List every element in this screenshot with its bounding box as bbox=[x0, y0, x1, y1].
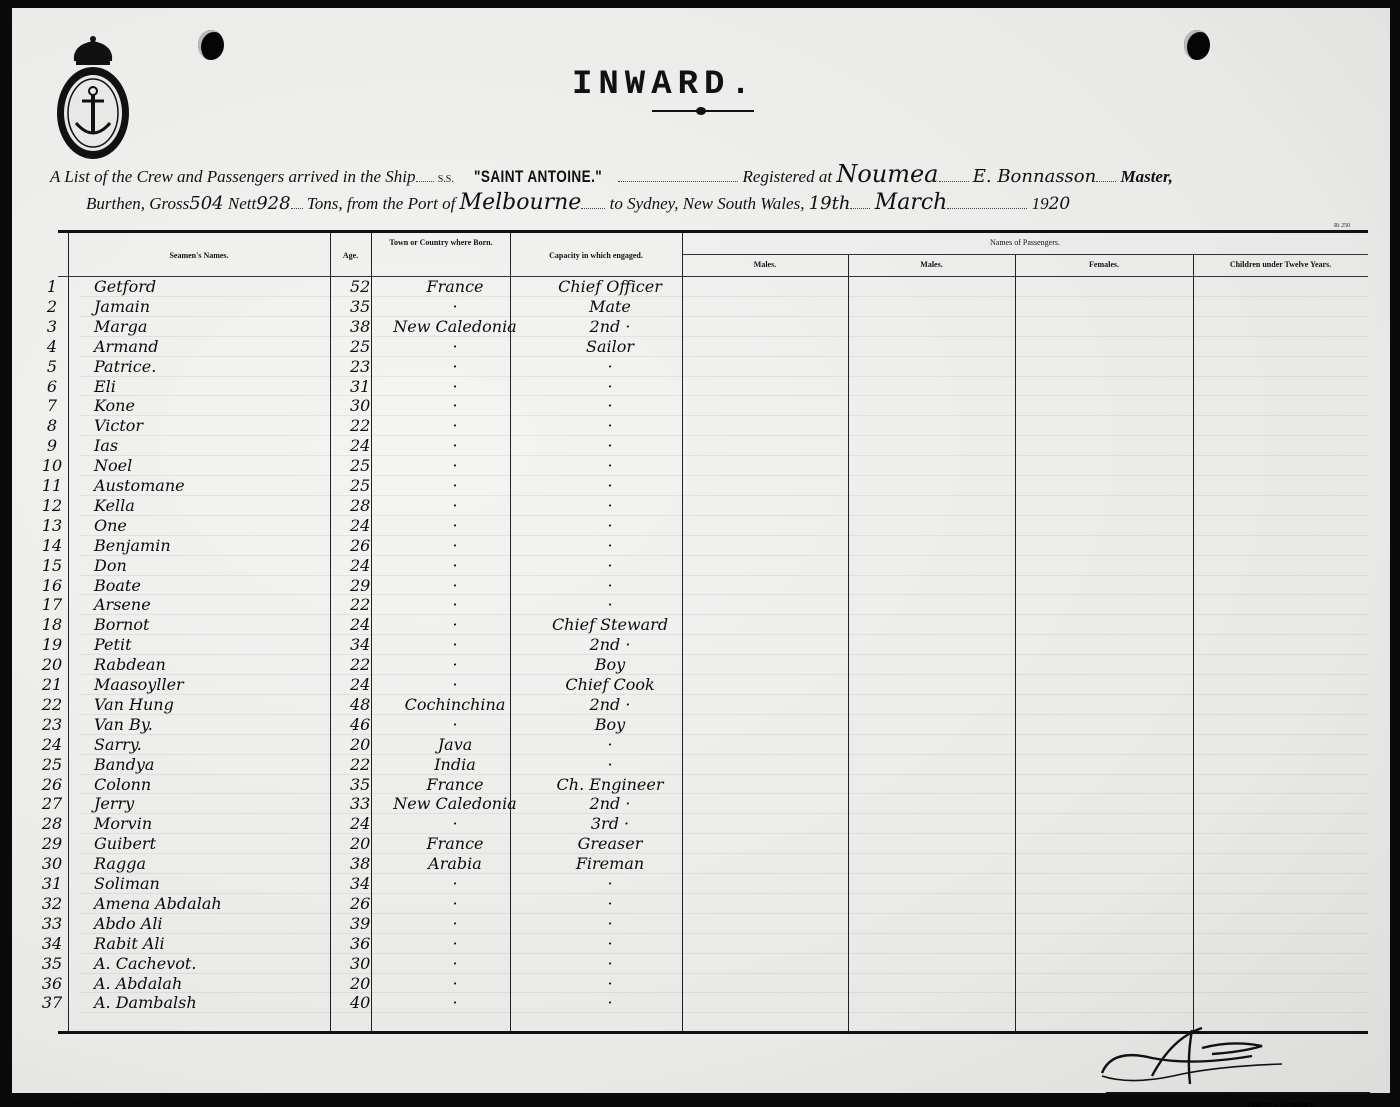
registered-label: Registered at bbox=[743, 167, 833, 186]
row-rule bbox=[80, 873, 1368, 874]
crew-born: Arabia bbox=[390, 855, 520, 873]
col-header-males-2: Males. bbox=[848, 260, 1015, 269]
ship-name: "SAINT ANTOINE." bbox=[474, 167, 602, 187]
crew-age: 25 bbox=[350, 338, 370, 356]
row-rule bbox=[80, 376, 1368, 377]
crew-name: Don bbox=[94, 557, 127, 575]
crew-capacity: · bbox=[530, 537, 690, 555]
crew-name: Bornot bbox=[94, 616, 149, 634]
crew-capacity: · bbox=[530, 497, 690, 515]
punch-hole bbox=[1184, 30, 1210, 60]
crew-name: A. Cachevot. bbox=[94, 955, 196, 973]
crew-name: Marga bbox=[94, 318, 147, 336]
col-header-names: Seamen's Names. bbox=[68, 251, 330, 260]
crew-age: 30 bbox=[350, 397, 370, 415]
row-rule bbox=[80, 913, 1368, 914]
crew-capacity: · bbox=[530, 895, 690, 913]
crew-num: 35 bbox=[32, 955, 72, 973]
crew-num: 22 bbox=[32, 696, 72, 714]
crew-name: Jerry bbox=[94, 795, 134, 813]
crew-num: 2 bbox=[32, 298, 72, 316]
crew-age: 34 bbox=[350, 875, 370, 893]
crew-name: Benjamin bbox=[94, 537, 171, 555]
page-number: 587 bbox=[74, 1100, 85, 1107]
crew-age: 34 bbox=[350, 636, 370, 654]
crew-name: A. Dambalsh bbox=[94, 994, 197, 1012]
crew-num: 4 bbox=[32, 338, 72, 356]
crew-born: · bbox=[390, 616, 520, 634]
crew-num: 34 bbox=[32, 935, 72, 953]
crew-age: 22 bbox=[350, 417, 370, 435]
crew-capacity: Boy bbox=[530, 656, 690, 674]
crew-born: · bbox=[390, 298, 520, 316]
crew-born: · bbox=[390, 477, 520, 495]
crew-num: 37 bbox=[32, 994, 72, 1012]
crew-capacity: · bbox=[530, 915, 690, 933]
crew-num: 32 bbox=[32, 895, 72, 913]
col-header-children: Children under Twelve Years. bbox=[1193, 260, 1368, 269]
crew-capacity: · bbox=[530, 577, 690, 595]
crew-name: Kella bbox=[94, 497, 135, 515]
crew-name: A. Abdalah bbox=[94, 975, 182, 993]
signature-label: Master's Signature. bbox=[1248, 1100, 1315, 1107]
crew-capacity: Sailor bbox=[530, 338, 690, 356]
crew-name: Eli bbox=[94, 378, 116, 396]
crew-capacity: Ch. Engineer bbox=[530, 776, 690, 794]
header-line-1: A List of the Crew and Passengers arrive… bbox=[50, 160, 1173, 188]
crew-capacity: 2nd · bbox=[530, 795, 690, 813]
document-page: INWARD. A List of the Crew and Passenger… bbox=[12, 8, 1390, 1093]
crew-capacity: · bbox=[530, 397, 690, 415]
crew-num: 26 bbox=[32, 776, 72, 794]
crew-born: New Caledonia bbox=[390, 795, 520, 813]
document-title: INWARD. bbox=[572, 66, 757, 104]
crew-capacity: Fireman bbox=[530, 855, 690, 873]
title-ornament bbox=[652, 110, 754, 112]
row-rule bbox=[80, 654, 1368, 655]
row-rule bbox=[80, 455, 1368, 456]
crew-num: 18 bbox=[32, 616, 72, 634]
crew-age: 33 bbox=[350, 795, 370, 813]
crew-list-label: A List of the Crew and Passengers arrive… bbox=[50, 167, 416, 186]
crew-born: Java bbox=[390, 736, 520, 754]
row-rule bbox=[80, 793, 1368, 794]
crew-born: · bbox=[390, 358, 520, 376]
header-rule bbox=[58, 276, 1368, 277]
crew-capacity: Mate bbox=[530, 298, 690, 316]
crew-born: · bbox=[390, 975, 520, 993]
nett-label: Nett bbox=[228, 194, 256, 213]
crew-born: · bbox=[390, 557, 520, 575]
crew-age: 39 bbox=[350, 915, 370, 933]
crew-name: Arsene bbox=[94, 596, 151, 614]
crew-age: 28 bbox=[350, 497, 370, 515]
crew-born: · bbox=[390, 457, 520, 475]
crew-born: New Caledonia bbox=[390, 318, 520, 336]
col-header-age: Age. bbox=[330, 251, 371, 260]
crew-num: 27 bbox=[32, 795, 72, 813]
crew-name: One bbox=[94, 517, 127, 535]
passenger-subheader-rule bbox=[682, 254, 1368, 255]
crew-name: Rabdean bbox=[94, 656, 166, 674]
row-rule bbox=[80, 734, 1368, 735]
crew-num: 24 bbox=[32, 736, 72, 754]
crew-name: Soliman bbox=[94, 875, 160, 893]
col-header-females: Females. bbox=[1015, 260, 1193, 269]
crew-num: 31 bbox=[32, 875, 72, 893]
crew-name: Getford bbox=[94, 278, 156, 296]
crew-born: · bbox=[390, 338, 520, 356]
crew-name: Petit bbox=[94, 636, 132, 654]
crew-name: Van Hung bbox=[94, 696, 174, 714]
crew-name: Jamain bbox=[94, 298, 150, 316]
crew-capacity: · bbox=[530, 358, 690, 376]
crew-name: Noel bbox=[94, 457, 132, 475]
crew-age: 24 bbox=[350, 517, 370, 535]
crew-capacity: · bbox=[530, 596, 690, 614]
crew-age: 23 bbox=[350, 358, 370, 376]
crew-capacity: Chief Steward bbox=[530, 616, 690, 634]
crew-born: · bbox=[390, 716, 520, 734]
crew-age: 26 bbox=[350, 895, 370, 913]
crew-born: France bbox=[390, 278, 520, 296]
crew-name: Kone bbox=[94, 397, 135, 415]
column-divider bbox=[848, 255, 849, 1031]
crew-capacity: · bbox=[530, 557, 690, 575]
crew-name: Amena Abdalah bbox=[94, 895, 222, 913]
crew-name: Boate bbox=[94, 577, 141, 595]
row-rule bbox=[80, 992, 1368, 993]
col-header-capacity: Capacity in which engaged. bbox=[510, 251, 682, 260]
tons-from-label: Tons, from the Port of bbox=[307, 194, 455, 213]
crew-capacity: 2nd · bbox=[530, 636, 690, 654]
crew-age: 31 bbox=[350, 378, 370, 396]
crew-born: · bbox=[390, 537, 520, 555]
crew-born: · bbox=[390, 935, 520, 953]
row-rule bbox=[80, 973, 1368, 974]
crew-capacity: · bbox=[530, 378, 690, 396]
crew-num: 36 bbox=[32, 975, 72, 993]
gross-tons: 504 bbox=[189, 193, 223, 214]
year-prefix: 19 bbox=[1032, 194, 1049, 213]
crew-born: India bbox=[390, 756, 520, 774]
crew-born: Cochinchina bbox=[390, 696, 520, 714]
crew-num: 19 bbox=[32, 636, 72, 654]
crew-num: 15 bbox=[32, 557, 72, 575]
crew-name: Victor bbox=[94, 417, 143, 435]
row-rule bbox=[80, 1012, 1368, 1013]
row-rule bbox=[80, 634, 1368, 635]
crew-age: 29 bbox=[350, 577, 370, 595]
row-rule bbox=[80, 495, 1368, 496]
crew-born: · bbox=[390, 417, 520, 435]
crew-capacity: 2nd · bbox=[530, 696, 690, 714]
crew-capacity: Greaser bbox=[530, 835, 690, 853]
crew-name: Bandya bbox=[94, 756, 154, 774]
crew-born: · bbox=[390, 895, 520, 913]
crew-name: Guibert bbox=[94, 835, 156, 853]
row-rule bbox=[80, 415, 1368, 416]
crew-age: 38 bbox=[350, 855, 370, 873]
crew-age: 24 bbox=[350, 676, 370, 694]
crew-capacity: Chief Cook bbox=[530, 676, 690, 694]
crew-age: 24 bbox=[350, 557, 370, 575]
crew-age: 22 bbox=[350, 656, 370, 674]
crew-name: Morvin bbox=[94, 815, 152, 833]
row-rule bbox=[80, 614, 1368, 615]
year-suffix: 20 bbox=[1049, 194, 1071, 214]
crew-capacity: · bbox=[530, 457, 690, 475]
crew-num: 11 bbox=[32, 477, 72, 495]
crew-capacity: Chief Officer bbox=[530, 278, 690, 296]
col-header-males-1: Males. bbox=[682, 260, 848, 269]
crew-num: 1 bbox=[32, 278, 72, 296]
crew-num: 33 bbox=[32, 915, 72, 933]
arrival-day: 19th bbox=[809, 193, 851, 214]
crew-capacity: Boy bbox=[530, 716, 690, 734]
crew-name: Armand bbox=[94, 338, 158, 356]
crew-age: 46 bbox=[350, 716, 370, 734]
crew-born: · bbox=[390, 994, 520, 1012]
column-divider bbox=[1193, 255, 1194, 1031]
crew-capacity: · bbox=[530, 994, 690, 1012]
row-rule bbox=[80, 774, 1368, 775]
row-rule bbox=[80, 933, 1368, 934]
column-divider bbox=[371, 233, 372, 1031]
row-rule bbox=[80, 336, 1368, 337]
crew-born: France bbox=[390, 776, 520, 794]
crew-age: 48 bbox=[350, 696, 370, 714]
punch-hole bbox=[198, 30, 224, 60]
crew-age: 24 bbox=[350, 616, 370, 634]
crew-capacity: · bbox=[530, 736, 690, 754]
row-rule bbox=[80, 435, 1368, 436]
row-rule bbox=[80, 515, 1368, 516]
crew-age: 24 bbox=[350, 815, 370, 833]
crew-name: Maasoyller bbox=[94, 676, 184, 694]
crew-capacity: · bbox=[530, 417, 690, 435]
crew-born: · bbox=[390, 596, 520, 614]
crew-born: · bbox=[390, 676, 520, 694]
crew-born: · bbox=[390, 378, 520, 396]
crew-num: 28 bbox=[32, 815, 72, 833]
crew-born: · bbox=[390, 955, 520, 973]
signature-line bbox=[1106, 1092, 1370, 1094]
crew-age: 20 bbox=[350, 975, 370, 993]
crew-age: 20 bbox=[350, 736, 370, 754]
crew-num: 29 bbox=[32, 835, 72, 853]
crew-name: Ragga bbox=[94, 855, 146, 873]
crew-num: 13 bbox=[32, 517, 72, 535]
crew-age: 38 bbox=[350, 318, 370, 336]
crew-num: 7 bbox=[32, 397, 72, 415]
crew-age: 35 bbox=[350, 776, 370, 794]
crew-age: 35 bbox=[350, 298, 370, 316]
row-rule bbox=[80, 296, 1368, 297]
crew-capacity: · bbox=[530, 756, 690, 774]
arrival-month: March bbox=[875, 190, 948, 215]
row-rule bbox=[80, 893, 1368, 894]
crew-num: 9 bbox=[32, 437, 72, 455]
crew-name: Rabit Ali bbox=[94, 935, 165, 953]
crew-born: · bbox=[390, 517, 520, 535]
crew-born: France bbox=[390, 835, 520, 853]
row-rule bbox=[80, 953, 1368, 954]
row-rule bbox=[80, 714, 1368, 715]
row-rule bbox=[80, 575, 1368, 576]
row-rule bbox=[80, 833, 1368, 834]
header-rule bbox=[58, 230, 1368, 233]
crew-num: 20 bbox=[32, 656, 72, 674]
row-rule bbox=[80, 754, 1368, 755]
row-rule bbox=[80, 555, 1368, 556]
row-rule bbox=[80, 694, 1368, 695]
crew-capacity: · bbox=[530, 517, 690, 535]
crew-name: Van By. bbox=[94, 716, 153, 734]
row-rule bbox=[80, 316, 1368, 317]
master-signature bbox=[1092, 1018, 1292, 1088]
crew-capacity: · bbox=[530, 477, 690, 495]
crew-born: · bbox=[390, 577, 520, 595]
crew-num: 25 bbox=[32, 756, 72, 774]
crew-born: · bbox=[390, 636, 520, 654]
from-port: Melbourne bbox=[460, 190, 582, 215]
nett-tons: 928 bbox=[256, 193, 290, 214]
row-rule bbox=[80, 395, 1368, 396]
crew-age: 26 bbox=[350, 537, 370, 555]
crew-born: · bbox=[390, 397, 520, 415]
crew-age: 25 bbox=[350, 457, 370, 475]
crew-age: 40 bbox=[350, 994, 370, 1012]
crew-born: · bbox=[390, 497, 520, 515]
header-line-2: Burthen, Gross504 Nett928 Tons, from the… bbox=[86, 190, 1070, 215]
row-rule bbox=[80, 674, 1368, 675]
ship-prefix: S.S. bbox=[438, 174, 454, 185]
registered-port: Noumea bbox=[836, 160, 938, 188]
row-rule bbox=[80, 475, 1368, 476]
crew-num: 8 bbox=[32, 417, 72, 435]
crew-name: Colonn bbox=[94, 776, 151, 794]
crew-num: 5 bbox=[32, 358, 72, 376]
crew-num: 10 bbox=[32, 457, 72, 475]
crew-capacity: · bbox=[530, 875, 690, 893]
crew-capacity: · bbox=[530, 955, 690, 973]
crew-age: 36 bbox=[350, 935, 370, 953]
master-label: Master, bbox=[1120, 167, 1172, 186]
crew-capacity: 2nd · bbox=[530, 318, 690, 336]
crew-capacity: · bbox=[530, 935, 690, 953]
crew-born: · bbox=[390, 915, 520, 933]
crew-name: Ias bbox=[94, 437, 118, 455]
crew-age: 22 bbox=[350, 596, 370, 614]
row-rule bbox=[80, 594, 1368, 595]
crew-num: 3 bbox=[32, 318, 72, 336]
master-name: E. Bonnasson bbox=[973, 166, 1096, 187]
crew-num: 12 bbox=[32, 497, 72, 515]
column-divider bbox=[1015, 255, 1016, 1031]
burthen-label: Burthen, Gross bbox=[86, 194, 189, 213]
crew-name: Abdo Ali bbox=[94, 915, 163, 933]
crew-born: · bbox=[390, 437, 520, 455]
crew-name: Austomane bbox=[94, 477, 185, 495]
crew-born: · bbox=[390, 875, 520, 893]
row-rule bbox=[80, 535, 1368, 536]
crew-age: 20 bbox=[350, 835, 370, 853]
crew-name: Patrice. bbox=[94, 358, 156, 376]
shipping-masters-seal-icon bbox=[52, 33, 134, 163]
form-code: Ri 250 bbox=[1334, 223, 1350, 229]
crew-num: 21 bbox=[32, 676, 72, 694]
col-header-passengers: Names of Passengers. bbox=[682, 238, 1368, 247]
crew-name: Sarry. bbox=[94, 736, 142, 754]
crew-num: 16 bbox=[32, 577, 72, 595]
crew-age: 30 bbox=[350, 955, 370, 973]
crew-age: 52 bbox=[350, 278, 370, 296]
crew-age: 22 bbox=[350, 756, 370, 774]
crew-capacity: · bbox=[530, 975, 690, 993]
crew-num: 17 bbox=[32, 596, 72, 614]
crew-num: 14 bbox=[32, 537, 72, 555]
row-rule bbox=[80, 853, 1368, 854]
col-header-born: Town or Country where Born. bbox=[374, 238, 508, 247]
to-sydney-label: to Sydney, New South Wales, bbox=[610, 194, 805, 213]
crew-num: 23 bbox=[32, 716, 72, 734]
crew-age: 24 bbox=[350, 437, 370, 455]
crew-capacity: · bbox=[530, 437, 690, 455]
crew-born: · bbox=[390, 656, 520, 674]
crew-age: 25 bbox=[350, 477, 370, 495]
crew-born: · bbox=[390, 815, 520, 833]
row-rule bbox=[80, 813, 1368, 814]
crew-num: 6 bbox=[32, 378, 72, 396]
crew-capacity: 3rd · bbox=[530, 815, 690, 833]
column-divider bbox=[330, 233, 331, 1031]
row-rule bbox=[80, 356, 1368, 357]
crew-num: 30 bbox=[32, 855, 72, 873]
